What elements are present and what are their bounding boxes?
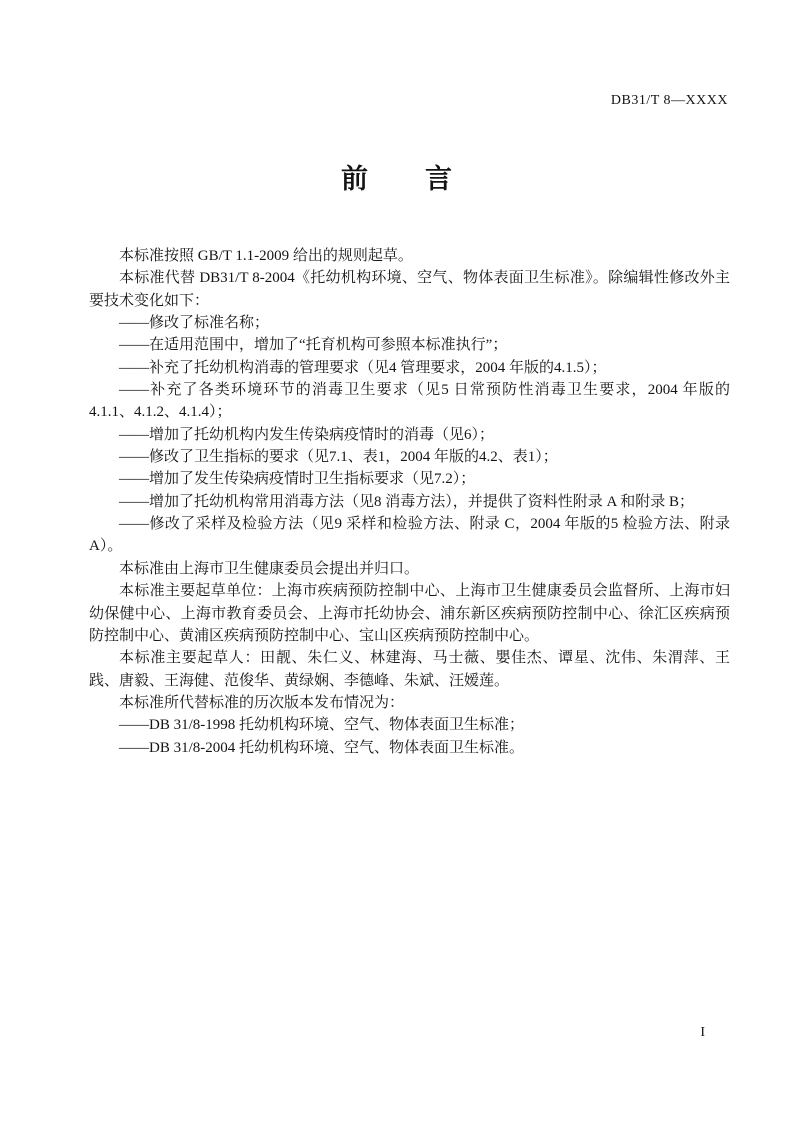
foreword-paragraph: ——补充了各类环境环节的消毒卫生要求（见5 日常预防性消毒卫生要求，2004 年… — [89, 379, 730, 424]
foreword-paragraph: ——增加了托幼机构内发生传染病疫情时的消毒（见6）； — [89, 424, 730, 446]
foreword-paragraph: ——补充了托幼机构消毒的管理要求（见4 管理要求，2004 年版的4.1.5）； — [89, 357, 730, 379]
foreword-paragraph: ——修改了标准名称； — [89, 312, 730, 334]
foreword-paragraph: ——增加了发生传染病疫情时卫生指标要求（见7.2）； — [89, 468, 730, 490]
foreword-paragraph: 本标准按照 GB/T 1.1-2009 给出的规则起草。 — [89, 245, 730, 267]
foreword-paragraph: ——修改了卫生指标的要求（见7.1、表1，2004 年版的4.2、表1）； — [89, 446, 730, 468]
foreword-paragraph: ——增加了托幼机构常用消毒方法（见8 消毒方法），并提供了资料性附录 A 和附录… — [89, 491, 730, 513]
foreword-paragraph: 本标准代替 DB31/T 8-2004《托幼机构环境、空气、物体表面卫生标准》。… — [89, 267, 730, 312]
foreword-body: 本标准按照 GB/T 1.1-2009 给出的规则起草。本标准代替 DB31/T… — [89, 245, 730, 759]
page-number: I — [700, 1025, 705, 1041]
document-page: DB31/T 8—XXXX 前 言 本标准按照 GB/T 1.1-2009 给出… — [0, 0, 794, 1123]
foreword-paragraph: 本标准所代替标准的历次版本发布情况为： — [89, 692, 730, 714]
foreword-paragraph: ——DB 31/8-1998 托幼机构环境、空气、物体表面卫生标准； — [89, 714, 730, 736]
foreword-paragraph: ——在适用范围中，增加了“托育机构可参照本标准执行”； — [89, 334, 730, 356]
foreword-paragraph: ——DB 31/8-2004 托幼机构环境、空气、物体表面卫生标准。 — [89, 737, 730, 759]
foreword-paragraph: 本标准主要起草单位：上海市疾病预防控制中心、上海市卫生健康委员会监督所、上海市妇… — [89, 580, 730, 647]
foreword-paragraph: 本标准主要起草人：田靓、朱仁义、林建海、马士薇、嬰佳杰、谭星、沈伟、朱渭萍、王践… — [89, 647, 730, 692]
standard-code: DB31/T 8—XXXX — [611, 93, 728, 109]
page-title: 前 言 — [0, 157, 794, 196]
foreword-paragraph: 本标准由上海市卫生健康委员会提出并归口。 — [89, 558, 730, 580]
foreword-paragraph: ——修改了采样及检验方法（见9 采样和检验方法、附录 C，2004 年版的5 检… — [89, 513, 730, 558]
